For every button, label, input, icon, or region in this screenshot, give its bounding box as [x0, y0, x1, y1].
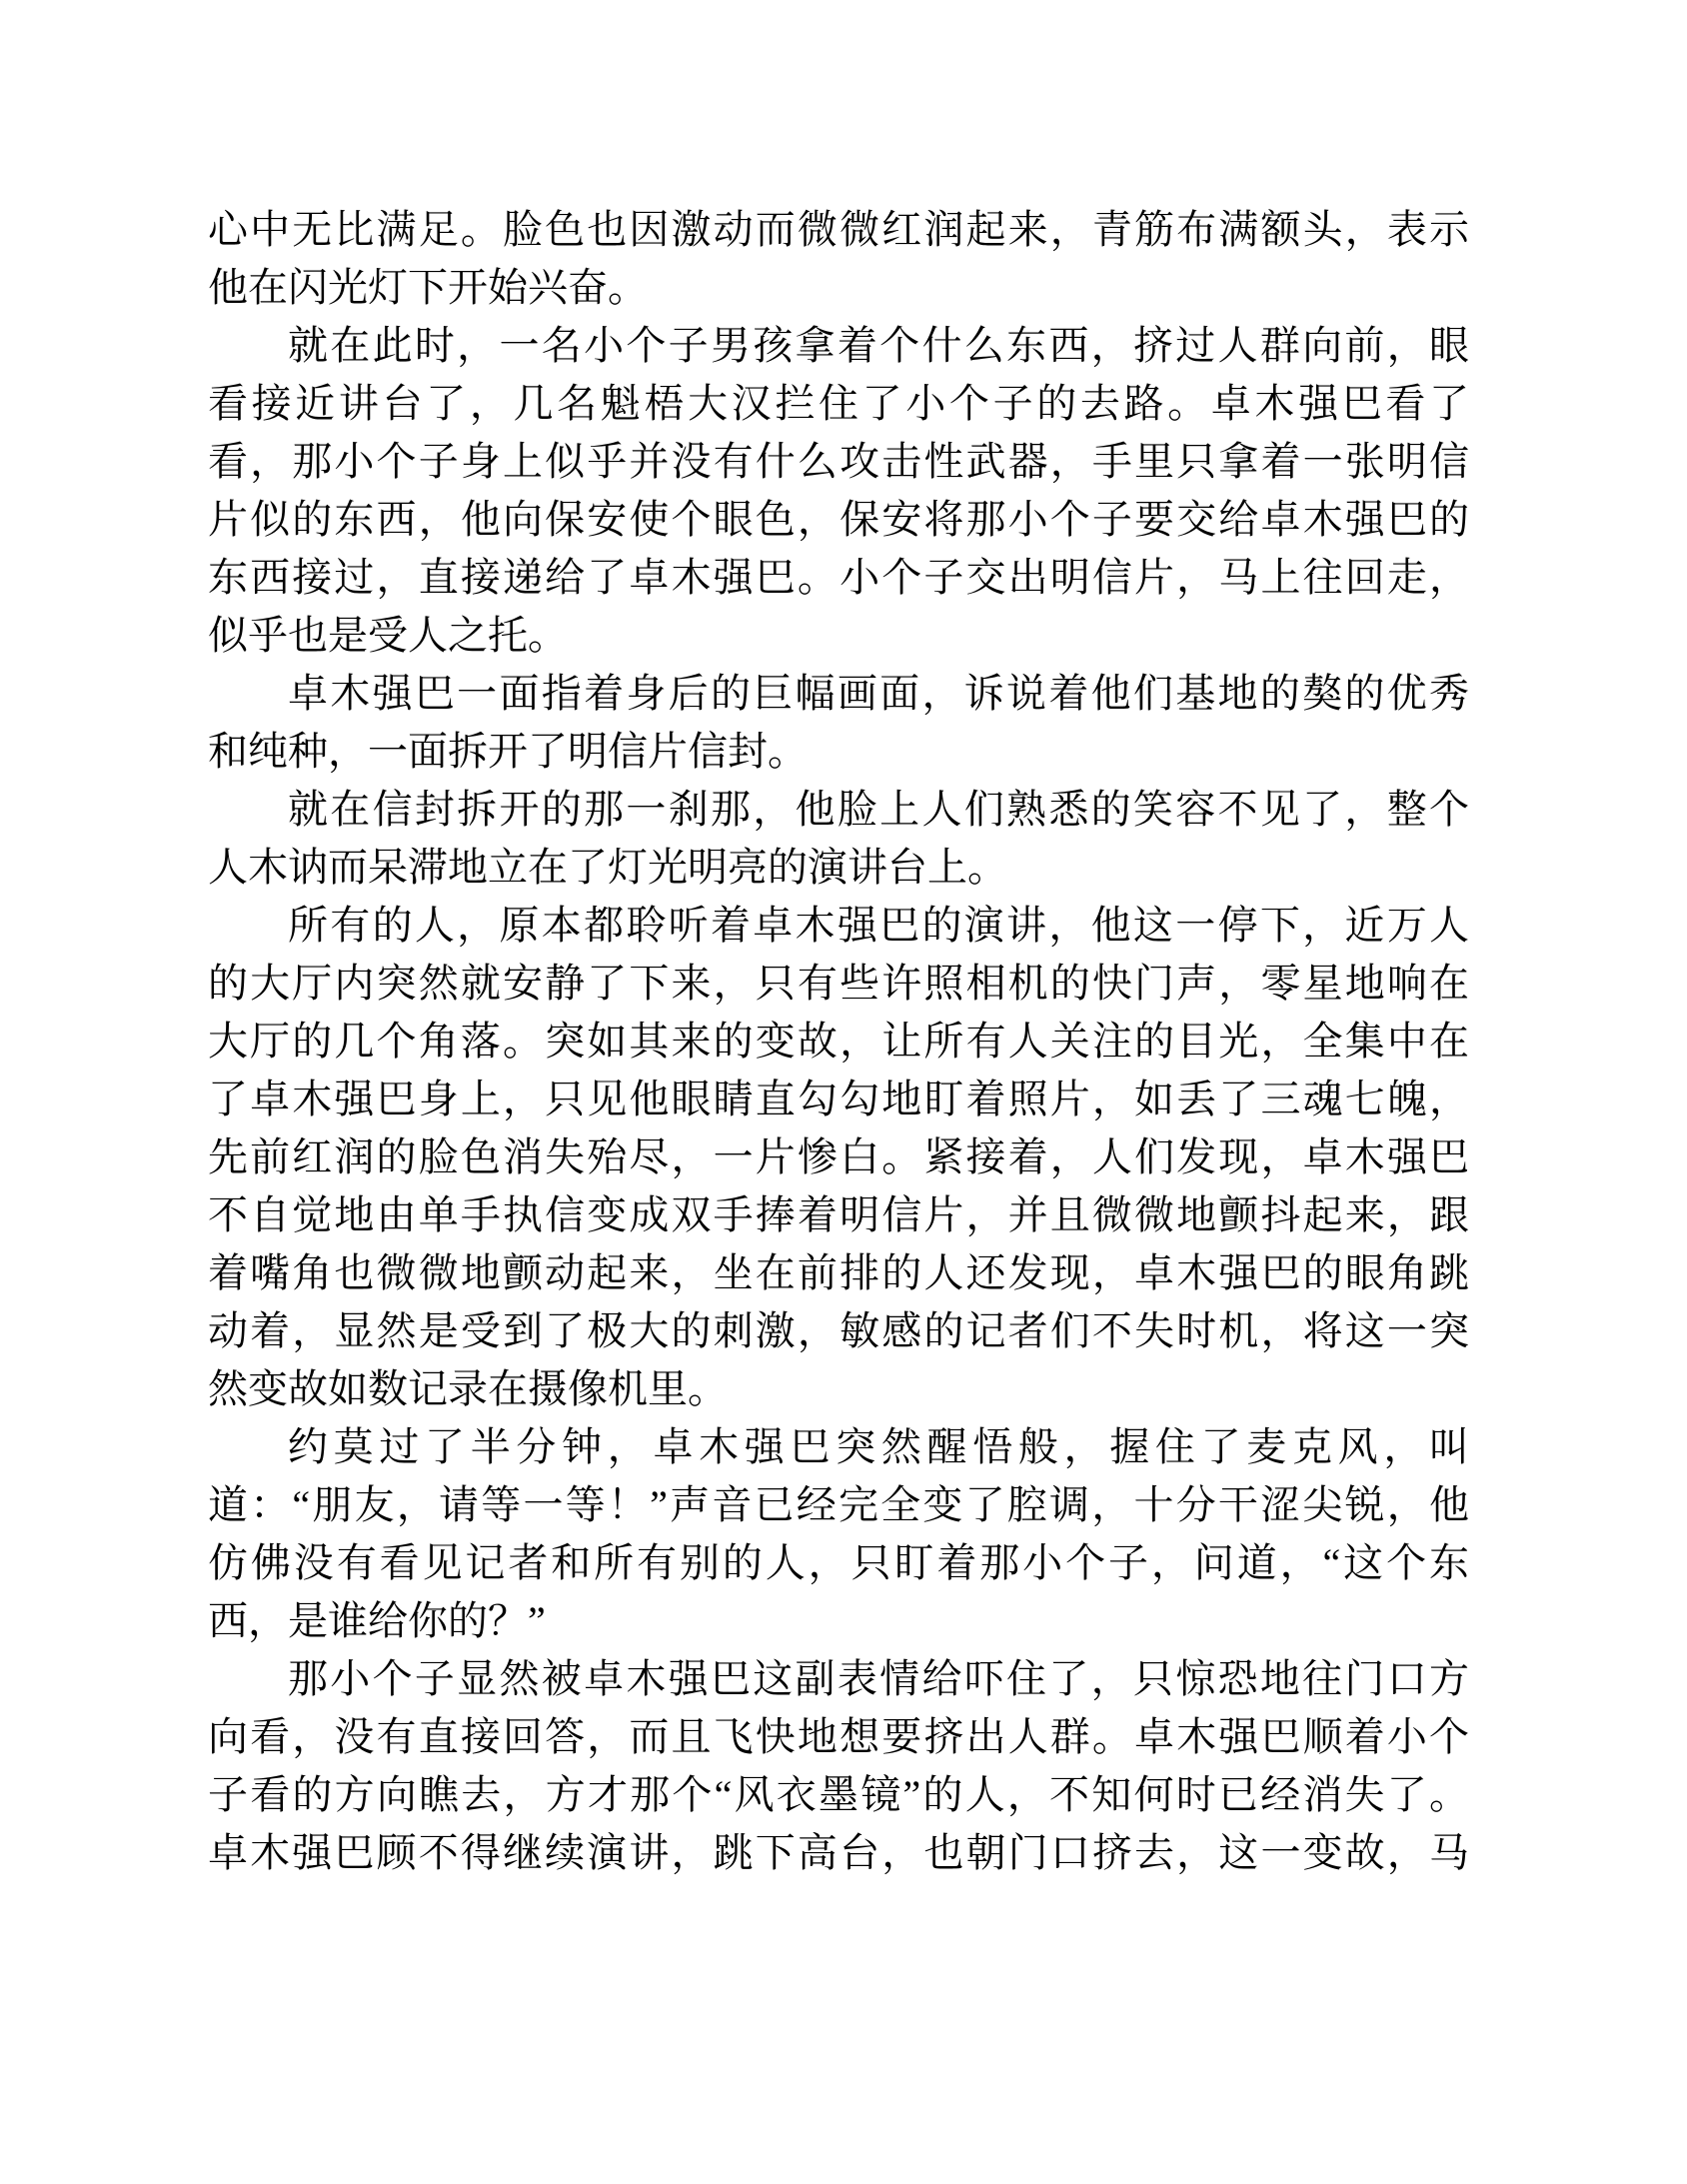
text-line: 东西接过，直接递给了卓木强巴。小个子交出明信片，马上往回走，	[208, 549, 1469, 607]
text-line: 道：“朋友，请等一等！”声音已经完全变了腔调，十分干涩尖锐，他	[208, 1476, 1469, 1534]
text-line: 所有的人，原本都聆听着卓木强巴的演讲，他这一停下，近万人	[208, 897, 1469, 955]
text-line: 看，那小个子身上似乎并没有什么攻击性武器，手里只拿着一张明信	[208, 433, 1469, 491]
text-line: 大厅的几个角落。突如其来的变故，让所有人关注的目光，全集中在	[208, 1013, 1469, 1071]
text-line: 人木讷而呆滞地立在了灯光明亮的演讲台上。	[208, 839, 1469, 897]
text-line: 了卓木强巴身上，只见他眼睛直勾勾地盯着照片，如丢了三魂七魄，	[208, 1071, 1469, 1128]
text-line: 向看，没有直接回答，而且飞快地想要挤出人群。卓木强巴顺着小个	[208, 1708, 1469, 1766]
text-line: 卓木强巴顾不得继续演讲，跳下高台，也朝门口挤去，这一变故，马	[208, 1824, 1469, 1882]
text-line: 片似的东西，他向保安使个眼色，保安将那小个子要交给卓木强巴的	[208, 491, 1469, 549]
text-line: 就在此时，一名小个子男孩拿着个什么东西，挤过人群向前，眼	[208, 317, 1469, 375]
text-line: 卓木强巴一面指着身后的巨幅画面，诉说着他们基地的獒的优秀	[208, 665, 1469, 723]
text-line: 似乎也是受人之托。	[208, 607, 1469, 665]
text-line: 和纯种，一面拆开了明信片信封。	[208, 723, 1469, 781]
text-line: 先前红润的脸色消失殆尽，一片惨白。紧接着，人们发现，卓木强巴	[208, 1128, 1469, 1186]
text-line: 就在信封拆开的那一刹那，他脸上人们熟悉的笑容不见了，整个	[208, 781, 1469, 839]
text-line: 仿佛没有看见记者和所有别的人，只盯着那小个子，问道，“这个东	[208, 1534, 1469, 1592]
text-line: 然变故如数记录在摄像机里。	[208, 1360, 1469, 1418]
text-line: 约莫过了半分钟，卓木强巴突然醒悟般，握住了麦克风，叫	[208, 1418, 1469, 1476]
document-page: 心中无比满足。脸色也因激动而微微红润起来，青筋布满额头，表示 他在闪光灯下开始兴…	[0, 0, 1687, 2184]
text-line: 心中无比满足。脸色也因激动而微微红润起来，青筋布满额头，表示	[208, 201, 1469, 259]
text-line: 着嘴角也微微地颤动起来，坐在前排的人还发现，卓木强巴的眼角跳	[208, 1244, 1469, 1302]
page-text: 心中无比满足。脸色也因激动而微微红润起来，青筋布满额头，表示 他在闪光灯下开始兴…	[208, 201, 1469, 1882]
text-line: 不自觉地由单手执信变成双手捧着明信片，并且微微地颤抖起来，跟	[208, 1186, 1469, 1244]
text-line: 看接近讲台了，几名魁梧大汉拦住了小个子的去路。卓木强巴看了	[208, 375, 1469, 433]
text-line: 动着，显然是受到了极大的刺激，敏感的记者们不失时机，将这一突	[208, 1302, 1469, 1360]
text-line: 那小个子显然被卓木强巴这副表情给吓住了，只惊恐地往门口方	[208, 1650, 1469, 1708]
text-line: 他在闪光灯下开始兴奋。	[208, 259, 1469, 317]
text-line: 子看的方向瞧去，方才那个“风衣墨镜”的人，不知何时已经消失了。	[208, 1766, 1469, 1824]
text-line: 的大厅内突然就安静了下来，只有些许照相机的快门声，零星地响在	[208, 955, 1469, 1013]
text-line: 西，是谁给你的？”	[208, 1592, 1469, 1650]
